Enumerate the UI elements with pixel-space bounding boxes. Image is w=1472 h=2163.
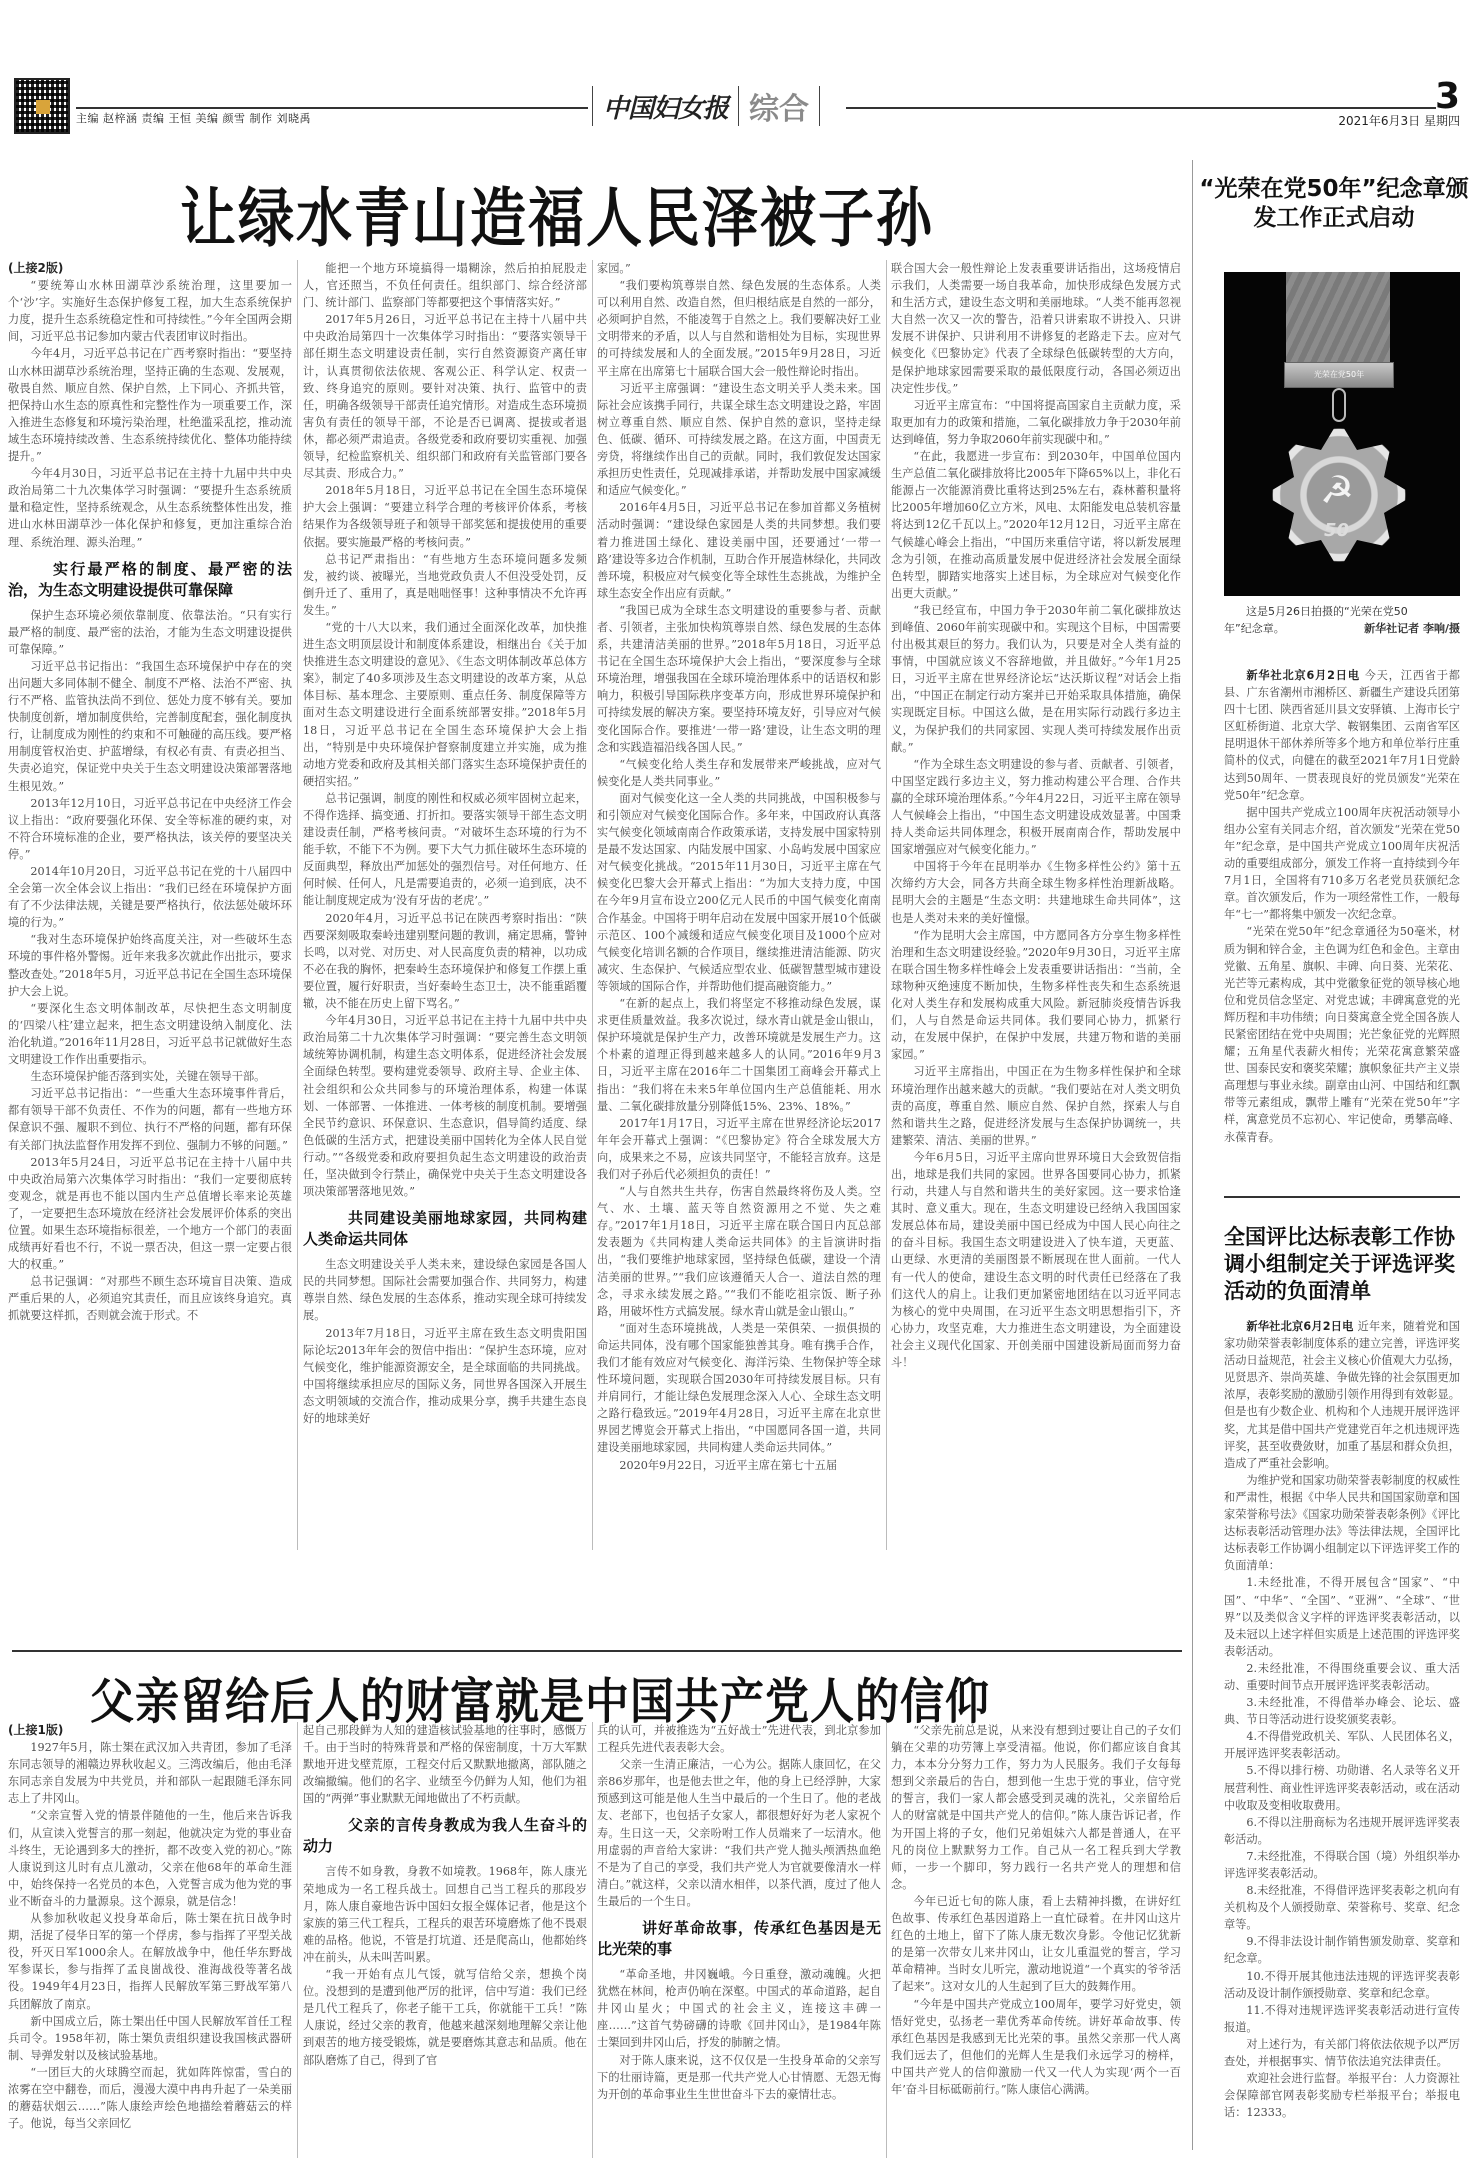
award-story-headline: 全国评比达标表彰工作协调小组制定关于评选评奖活动的负面清单 <box>1224 1224 1460 1305</box>
paragraph: “在此，我愿进一步宣布：到2030年，中国单位国内生产总值二氧化碳排放将比200… <box>891 448 1181 602</box>
paragraph: 3.未经批准，不得借举办峰会、论坛、盛典、节日等活动进行设奖颁奖表彰。 <box>1224 1694 1460 1728</box>
paragraph: 从参加秋收起义投身革命后，陈士榘在抗日战争时期，活捉了侵华日军的第一个俘虏，参与… <box>8 1910 292 2013</box>
paragraph: “气候变化给人类生存和发展带来严峻挑战，应对气候变化是人类共同事业。” <box>597 756 881 790</box>
paragraph: “作为昆明大会主席国，中方愿同各方分享生物多样性治理和生态文明建设经验。”202… <box>891 927 1181 1064</box>
paragraph: 2013年5月24日，习近平总书记在主持十八届中共中央政治局第六次集体学习时指出… <box>8 1154 292 1274</box>
qr-code <box>14 78 70 134</box>
paragraph: “我已经宣布，中国力争于2030年前二氧化碳排放达到峰值、2060年前实现碳中和… <box>891 602 1181 756</box>
paragraph: 起自己那段鲜为人知的建造核试验基地的往事时，感慨万千。由于当时的特殊背景和严格的… <box>303 1722 587 1807</box>
paragraph-text: 今天，江西省于都县、广东省潮州市湘桥区、新疆生产建设兵团第四十七团、陕西省延川县… <box>1224 669 1460 802</box>
medal-story-headline: “光荣在党50年”纪念章颁发工作正式启动 <box>1196 175 1472 233</box>
paragraph: 习近平总书记指出：“一些重大生态环境事件背后，都有领导干部不负责任、不作为的问题… <box>8 1085 292 1153</box>
section-rule <box>1224 1196 1460 1198</box>
paragraph: 总书记强调，制度的刚性和权威必须牢固树立起来，不得作选择、搞变通、打折扣。要落实… <box>303 790 587 910</box>
main-story-column-4: 联合国大会一般性辩论上发表重要讲话指出，这场疫情启示我们，人类需要一场自我革命，… <box>891 260 1181 1550</box>
column-divider <box>297 1722 298 2158</box>
paragraph-text: 近年来，随着党和国家功勋荣誉表彰制度体系的建立完善，评选评奖活动日益规范，社会主… <box>1224 1320 1460 1470</box>
masthead-logo: 中国妇女报 综合 <box>592 84 842 128</box>
paragraph: 生态环境保护能否落到实处，关键在领导干部。 <box>8 1068 292 1085</box>
paragraph: 2.未经批准，不得围绕重要会议、重大活动、重要时间节点开展评选评奖表彰活动。 <box>1224 1660 1460 1694</box>
paragraph: 习近平主席宣布：“中国将提高国家自主贡献力度，采取更加有力的政策和措施，二氧化碳… <box>891 397 1181 448</box>
caption-text: 这是5月26日拍摄的“光荣在党50 <box>1224 603 1460 620</box>
masthead-rule-left <box>76 107 588 109</box>
paragraph: “父亲先前总是说，从来没有想到过要让自己的子女们躺在父辈的功劳簿上享受清福。他说… <box>891 1722 1181 1893</box>
subheading: 共同建设美丽地球家园，共同构建人类命运共同体 <box>303 1208 587 1250</box>
dateline: 新华社北京6月2日电 <box>1246 669 1364 682</box>
paragraph: 今年6月5日，习近平主席向世界环境日大会致贺信指出，地球是我们共同的家园。世界各… <box>891 1149 1181 1371</box>
paragraph: 7.未经批准，不得联合国（境）外组织举办评选评奖表彰活动。 <box>1224 1848 1460 1882</box>
main-story-column-3: 家园。”“我们要构筑尊崇自然、绿色发展的生态体系。人类可以利用自然、改造自然，但… <box>597 260 881 1550</box>
paragraph: 1927年5月，陈士榘在武汉加入共青团，参加了毛泽东同志领导的湘赣边界秋收起义。… <box>8 1739 292 1807</box>
paragraph: “革命圣地，井冈巍峨。今日重登，激动魂魄。火把犹燃在林间，枪声仍响在深壑。中国式… <box>597 1966 881 2051</box>
column-divider <box>886 260 887 1550</box>
medal-number: 50 <box>1324 520 1349 541</box>
column-divider <box>297 260 298 1550</box>
paragraph: 4.不得借党政机关、军队、人民团体名义，开展评选评奖表彰活动。 <box>1224 1728 1460 1762</box>
paragraph: “要深化生态文明体制改革，尽快把生态文明制度的‘四梁八柱’建立起来，把生态文明建… <box>8 1000 292 1068</box>
subheading: 父亲的言传身教成为我人生奋斗的动力 <box>303 1815 587 1857</box>
subheading: 讲好革命故事，传承红色基因是无比光荣的事 <box>597 1918 881 1960</box>
father-story-column-2: 起自己那段鲜为人知的建造核试验基地的往事时，感慨万千。由于当时的特殊背景和严格的… <box>303 1722 587 2162</box>
paragraph: 中国将于今年在昆明举办《生物多样性公约》第十五次缔约方大会，同各方共商全球生物多… <box>891 858 1181 926</box>
column-divider <box>592 1722 593 2158</box>
hammer-sickle-icon: ☭ <box>1320 468 1354 512</box>
sidebar-divider <box>1192 160 1193 2150</box>
paragraph: “我对生态环境保护始终高度关注，对一些破坏生态环境的事件格外警惕。近年来我多次就… <box>8 931 292 999</box>
paragraph: 今年4月30日，习近平总书记在主持十九届中共中央政治局第二十九次集体学习时强调：… <box>303 1012 587 1200</box>
paragraph: 习近平主席强调：“建设生态文明关乎人类未来。国际社会应该携手同行，共谋全球生态文… <box>597 380 881 500</box>
paragraph: 能把一个地方环境搞得一塌糊涂，然后拍拍屁股走人，官还照当，不负任何责任。组织部门… <box>303 260 587 311</box>
paragraph: 今年4月30日，习近平总书记在主持十九届中共中央政治局第二十九次集体学习时强调：… <box>8 465 292 550</box>
paragraph: “党的十八大以来，我们通过全面深化改革，加快推进生态文明顶层设计和制度体系建设，… <box>303 619 587 790</box>
paragraph: “人与自然共生共存，伤害自然最终将伤及人类。空气、水、土壤、蓝天等自然资源用之不… <box>597 1183 881 1320</box>
paragraph: 2016年4月5日，习近平总书记在参加首都义务植树活动时强调：“建设绿色家园是人… <box>597 499 881 602</box>
paragraph: 1.未经批准，不得开展包含“国家”、“中国”、“中华”、“全国”、“亚洲”、“全… <box>1224 1574 1460 1659</box>
paragraph: 新中国成立后，陈士榘出任中国人民解放军首任工程兵司令。1958年初，陈士榘负责组… <box>8 2013 292 2064</box>
paragraph: “我们要构筑尊崇自然、绿色发展的生态体系。人类可以利用自然、改造自然，但归根结底… <box>597 277 881 380</box>
paragraph: 5.不得以排行榜、功勋谱、名人录等名义开展营利性、商业性评选评奖表彰活动，或在活… <box>1224 1762 1460 1813</box>
paragraph: 2013年7月18日，习近平主席在致生态文明贵阳国际论坛2013年年会的贺信中指… <box>303 1325 587 1428</box>
father-story-column-4: “父亲先前总是说，从来没有想到过要让自己的子女们躺在父辈的功劳簿上享受清福。他说… <box>891 1722 1181 2162</box>
paragraph: 6.不得以注册商标为名违规开展评选评奖表彰活动。 <box>1224 1814 1460 1848</box>
caption-text-tail: 年”纪念章。 <box>1224 620 1285 637</box>
paragraph: “一团巨大的火球腾空而起，犹如阵阵惊雷，雪白的浓雾在空中翻卷，而后，漫漫大漠中冉… <box>8 2064 292 2132</box>
paragraph: 言传不如身教，身教不如境教。1968年，陈人康光荣地成为一名工程兵战士。回想自己… <box>303 1863 587 1966</box>
paragraph: 面对气候变化这一全人类的共同挑战，中国积极参与和引领应对气候变化国际合作。多年来… <box>597 790 881 995</box>
paragraph: 生态文明建设关乎人类未来，建设绿色家园是各国人民的共同梦想。国际社会需要加强合作… <box>303 1256 587 1324</box>
subheading: 实行最严格的制度、最严密的法治，为生态文明建设提供可靠保障 <box>8 559 292 601</box>
paragraph: 2018年5月18日，习近平总书记在全国生态环境保护大会上强调：“要建立科学合理… <box>303 482 587 550</box>
paper-name: 中国妇女报 <box>593 88 738 125</box>
paragraph: “要统筹山水林田湖草沙系统治理，这里要加一个‘沙’字。实施好生态保护修复工程，加… <box>8 277 292 345</box>
paragraph: “光荣在党50年”纪念章通径为50毫米，材质为铜和锌合金，主色调为红色和金色。主… <box>1224 923 1460 1145</box>
paragraph: “在新的起点上，我们将坚定不移推动绿色发展，谋求更佳质量效益。我多次说过，绿水青… <box>597 995 881 1115</box>
paragraph: 今年已近七旬的陈人康，看上去精神抖擞，在讲好红色故事、传承红色基因道路上一直忙碌… <box>891 1893 1181 1996</box>
paragraph: 新华社北京6月2日电 近年来，随着党和国家功勋荣誉表彰制度体系的建立完善，评选评… <box>1224 1318 1460 1472</box>
paragraph: 9.不得非法设计制作销售颁发勋章、奖章和纪念章。 <box>1224 1933 1460 1967</box>
paragraph: 保护生态环境必须依靠制度、依靠法治。“只有实行最严格的制度、最严密的法治，才能为… <box>8 607 292 658</box>
paragraph: 新华社北京6月2日电 今天，江西省于都县、广东省潮州市湘桥区、新疆生产建设兵团第… <box>1224 667 1460 804</box>
paragraph: “父亲宣誓入党的情景伴随他的一生，他后来告诉我们，从宣读入党誓言的那一刻起，他就… <box>8 1807 292 1910</box>
medal-story-body: 新华社北京6月2日电 今天，江西省于都县、广东省潮州市湘桥区、新疆生产建设兵团第… <box>1224 667 1460 1167</box>
paragraph: 习近平主席指出，中国正在为生物多样性保护和全球环境治理作出越来越大的贡献。“我们… <box>891 1063 1181 1148</box>
photo-credit: 新华社记者 李响/摄 <box>1364 620 1460 637</box>
paragraph: 对于陈人康来说，这不仅仅是一生投身革命的父亲写下的壮丽诗篇，更是那一代共产党人心… <box>597 2052 881 2103</box>
paragraph: “作为全球生态文明建设的参与者、贡献者、引领者，中国坚定践行多边主义，努力推动构… <box>891 756 1181 859</box>
paragraph: 总书记强调：“对那些不顾生态环境盲目决策、造成严重后果的人，必须追究其责任，而且… <box>8 1273 292 1324</box>
main-story-column-1: (上接2版)“要统筹山水林田湖草沙系统治理，这里要加一个‘沙’字。实施好生态保护… <box>8 260 292 1550</box>
main-story-column-2: 能把一个地方环境搞得一塌糊涂，然后拍拍屁股走人，官还照当，不负任何责任。组织部门… <box>303 260 587 1550</box>
column-divider <box>886 1722 887 2158</box>
photo-caption: 这是5月26日拍摄的“光荣在党50 年”纪念章。 新华社记者 李响/摄 <box>1224 603 1460 637</box>
divider <box>819 86 820 126</box>
paragraph: 为维护党和国家功勋荣誉表彰制度的权威性和严肃性，根据《中华人民共和国国家勋章和国… <box>1224 1472 1460 1575</box>
paragraph: “我国已成为全球生态文明建设的重要参与者、贡献者、引领者，主张加快构筑尊崇自然、… <box>597 602 881 756</box>
paragraph: 2017年1月17日，习近平主席在世界经济论坛2017年年会开幕式上强调：“《巴… <box>597 1115 881 1183</box>
page-number: 3 <box>1435 76 1460 117</box>
editor-credits: 主编 赵梓涵 责编 王恒 美编 颜雪 制作 刘晓禹 <box>76 110 311 126</box>
father-story-column-3: 兵的认可，并被推选为“五好战士”先进代表，到北京参加工程兵先进代表表彰大会。父亲… <box>597 1722 881 2162</box>
section-name: 综合 <box>739 84 819 128</box>
medal-link <box>1332 388 1346 422</box>
father-story-column-1: (上接1版)1927年5月，陈士榘在武汉加入共青团，参加了毛泽东同志领导的湘赣边… <box>8 1722 292 2162</box>
paragraph: 联合国大会一般性辩论上发表重要讲话指出，这场疫情启示我们，人类需要一场自我革命，… <box>891 260 1181 397</box>
paragraph: “我一开始有点儿气馁，就写信给父亲，想换个岗位。没想到的是遭到他严厉的批评，信中… <box>303 1966 587 2069</box>
paragraph: 对上述行为，有关部门将依法依规予以严厉查处，并根据事实、情节依法追究法律责任。 <box>1224 2036 1460 2070</box>
paragraph: 兵的认可，并被推选为“五好战士”先进代表，到北京参加工程兵先进代表表彰大会。 <box>597 1722 881 1756</box>
paragraph: 总书记严肃指出：“有些地方生态环境问题多发频发，被约谈、被曝光，当地党政负责人不… <box>303 551 587 619</box>
paragraph: 父亲一生清正廉洁，一心为公。据陈人康回忆，在父亲86岁那年，也是他去世之年，他的… <box>597 1756 881 1910</box>
award-story-body: 新华社北京6月2日电 近年来，随着党和国家功勋荣誉表彰制度体系的建立完善，评选评… <box>1224 1318 1460 2158</box>
medal-bar: 光荣在党50年 <box>1284 362 1394 388</box>
issue-date: 2021年6月3日 星期四 <box>1338 112 1460 129</box>
continued-from-label: (上接2版) <box>8 260 292 277</box>
continued-from-label: (上接1版) <box>8 1722 292 1739</box>
column-divider <box>592 260 593 1550</box>
paragraph: 家园。” <box>597 260 881 277</box>
paragraph: 10.不得开展其他违法违规的评选评奖表彰活动及设计制作颁授勋章、奖章和纪念章。 <box>1224 1968 1460 2002</box>
medal-photo: 光荣在党50年 ☭ 50 <box>1224 272 1460 596</box>
paragraph: 欢迎社会进行监督。举报平台：人力资源社会保障部官网表彰奖励专栏举报平台；举报电话… <box>1224 2070 1460 2121</box>
paragraph: 2013年12月10日，习近平总书记在中央经济工作会议上指出：“政府要强化环保、… <box>8 795 292 863</box>
dateline: 新华社北京6月2日电 <box>1246 1320 1357 1333</box>
ribbon <box>1286 272 1390 362</box>
paragraph: 11.不得对违规评选评奖表彰活动进行宣传报道。 <box>1224 2002 1460 2036</box>
paragraph: 2017年5月26日，习近平总书记在主持十八届中共中央政治局第四十一次集体学习时… <box>303 311 587 482</box>
paragraph: 2020年9月22日，习近平主席在第七十五届 <box>597 1457 881 1474</box>
paragraph: 据中国共产党成立100周年庆祝活动领导小组办公室有关同志介绍，首次颁发“光荣在党… <box>1224 804 1460 924</box>
paragraph: 8.未经批准，不得借评选评奖表彰之机向有关机构及个人颁授勋章、荣誉称号、奖章、纪… <box>1224 1882 1460 1933</box>
paragraph: “今年是中国共产党成立100周年，要学习好党史，领悟好党史，弘扬老一辈优秀革命传… <box>891 1996 1181 2099</box>
paragraph: 今年4月，习近平总书记在广西考察时指出：“要坚持山水林田湖草沙系统治理，坚持正确… <box>8 345 292 465</box>
section-rule <box>12 1650 1182 1652</box>
paragraph: 2014年10月20日，习近平总书记在党的十八届四中全会第一次全体会议上指出：“… <box>8 863 292 931</box>
main-headline: 让绿水青山造福人民泽被子孙 <box>180 168 934 260</box>
masthead-rule-right <box>846 107 1436 109</box>
paragraph: “面对生态环境挑战，人类是一荣俱荣、一损俱损的命运共同体，没有哪个国家能独善其身… <box>597 1320 881 1457</box>
paragraph: 2020年4月，习近平总书记在陕西考察时指出：“陕西要深刻吸取秦岭违建别墅问题的… <box>303 910 587 1013</box>
paragraph: 习近平总书记指出：“我国生态环境保护中存在的突出问题大多同体制不健全、制度不严格… <box>8 658 292 795</box>
